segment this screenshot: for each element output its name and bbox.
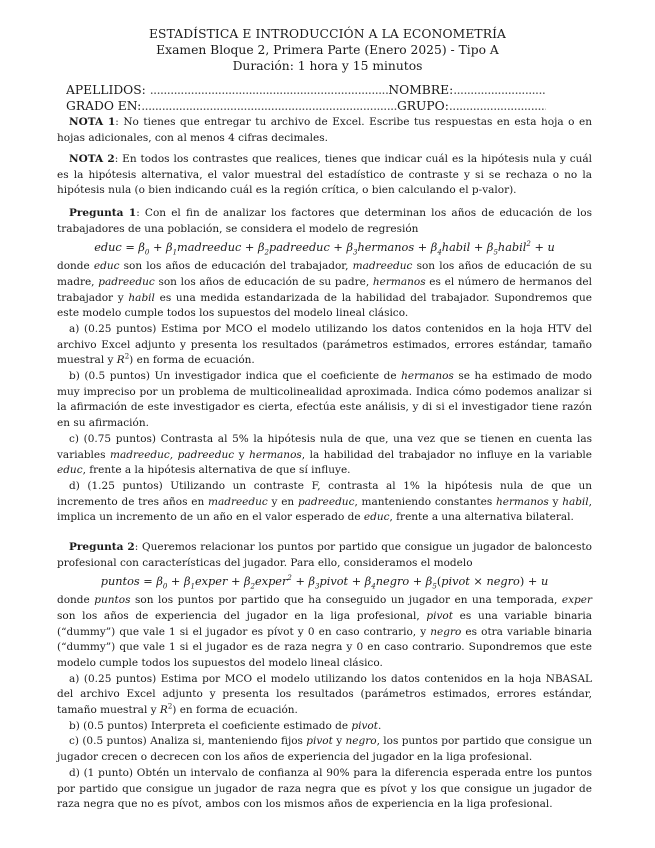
q2-description: donde puntos son los puntos por partido … xyxy=(57,593,592,672)
q1-intro: : Con el fin de analizar los factores qu… xyxy=(57,207,592,235)
nombre-field[interactable]: ............................... xyxy=(453,83,546,97)
nota-1-text: : No tienes que entregar tu archivo de E… xyxy=(57,116,592,144)
nota-2: NOTA 2: En todos los contrastes que real… xyxy=(57,152,592,199)
q2-intro: : Queremos relacionar los puntos por par… xyxy=(57,541,592,569)
exam-title: ESTADÍSTICA E INTRODUCCIÓN A LA ECONOMET… xyxy=(0,27,655,41)
q1-part-d: d) (1.25 puntos) Utilizando un contraste… xyxy=(57,479,592,526)
q2-label: Pregunta 2 xyxy=(69,541,135,553)
nombre-label: NOMBRE: xyxy=(388,83,453,97)
q1-part-c: c) (0.75 puntos) Contrasta al 5% la hipó… xyxy=(57,432,592,479)
question-1: Pregunta 1: Con el fin de analizar los f… xyxy=(57,206,592,526)
grado-grupo-row: GRADO EN:...............................… xyxy=(66,98,546,114)
apellidos-nombre-row: APELLIDOS: .............................… xyxy=(66,82,546,98)
q2-part-c: c) (0.5 puntos) Analiza si, manteniendo … xyxy=(57,734,592,765)
exam-page: ESTADÍSTICA E INTRODUCCIÓN A LA ECONOMET… xyxy=(0,0,655,848)
nota-1: NOTA 1: No tienes que entregar tu archiv… xyxy=(57,115,592,146)
q2-part-a: a) (0.25 puntos) Estima por MCO el model… xyxy=(57,672,592,719)
grupo-field[interactable]: ................................. xyxy=(449,99,546,113)
q1-description: donde educ son los años de educación del… xyxy=(57,259,592,322)
nota-2-label: NOTA 2 xyxy=(69,153,115,165)
exam-subtitle: Examen Bloque 2, Primera Parte (Enero 20… xyxy=(0,43,655,57)
apellidos-label: APELLIDOS: xyxy=(66,83,150,97)
apellidos-field[interactable]: ........................................… xyxy=(150,83,389,97)
q1-part-a: a) (0.25 puntos) Estima por MCO el model… xyxy=(57,322,592,369)
question-2: Pregunta 2: Queremos relacionar los punt… xyxy=(57,540,592,813)
grado-label: GRADO EN: xyxy=(66,99,141,113)
student-fields: APELLIDOS: .............................… xyxy=(66,82,546,114)
q1-label: Pregunta 1 xyxy=(69,207,136,219)
nota-2-text: : En todos los contrastes que realices, … xyxy=(57,153,592,196)
nota-1-label: NOTA 1 xyxy=(69,116,115,128)
grado-field[interactable]: ........................................… xyxy=(141,99,397,113)
q2-formula: puntos = β0 + β1exper + β2exper2 + β3piv… xyxy=(57,574,592,590)
grupo-label: GRUPO: xyxy=(397,99,449,113)
q1-part-b: b) (0.5 puntos) Un investigador indica q… xyxy=(57,369,592,432)
q2-part-d: d) (1 punto) Obtén un intervalo de confi… xyxy=(57,766,592,813)
exam-duration: Duración: 1 hora y 15 minutos xyxy=(0,59,655,73)
q1-formula: educ = β0 + β1madreeduc + β2padreeduc + … xyxy=(57,240,592,256)
q2-part-b: b) (0.5 puntos) Interpreta el coeficient… xyxy=(57,719,592,735)
